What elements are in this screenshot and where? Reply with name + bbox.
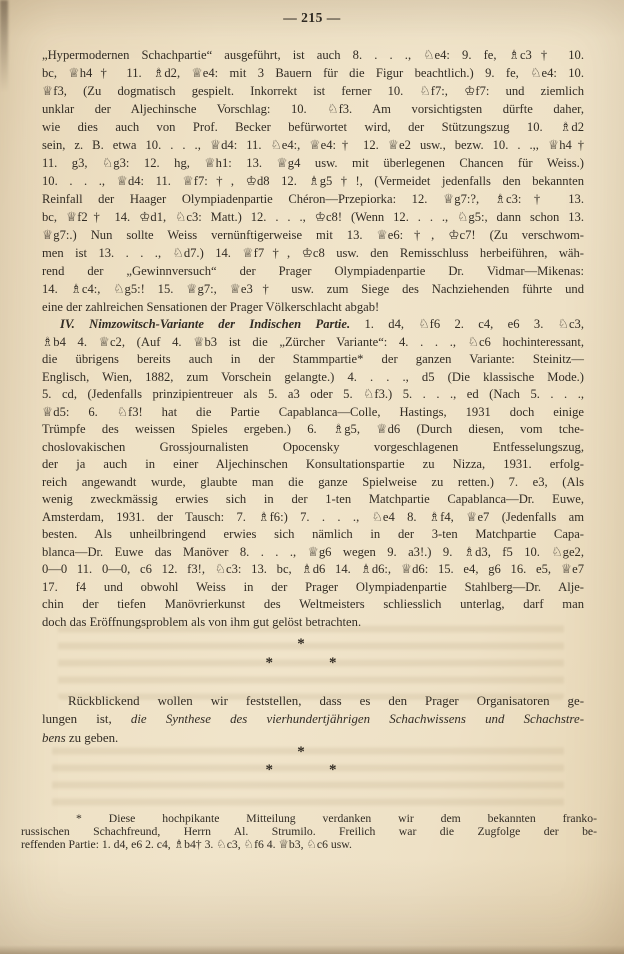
text-line: eine der zahlreichen Sensationen der Pra… <box>42 298 584 316</box>
text-line: men ist 13. . . ., ♘d7.) 14. ♕f7†, ♔c8 u… <box>42 244 584 262</box>
text-line: IV. Nimzowitsch-Variante der Indischen P… <box>42 316 584 334</box>
text-segment: ♕f3, (Zu dogmatisch gespielt. Inkorrekt … <box>42 84 584 98</box>
text-segment: * Diese hochpikante Mitteilung verdanken… <box>76 812 597 825</box>
text-segment: chin der tiefen Manövrierkunst des Weltm… <box>42 597 584 611</box>
text-line: ♕g7:.) Nun sollte Weiss vernünftigerweis… <box>42 226 584 244</box>
italic-text-segment: IV. Nimzowitsch-Variante der Indischen P… <box>60 317 350 331</box>
text-segment: wie dies auch von Prof. Becker befürwort… <box>42 120 584 134</box>
text-segment: Amsterdam, 1931. der Tausch: 7. ♗f6:) 7.… <box>42 510 584 524</box>
text-line: bc, ♕h4† 11. ♗d2, ♕e4: mit 3 Bauern für … <box>42 64 584 82</box>
text-segment: ♕g7:.) Nun sollte Weiss vernünftigerweis… <box>42 228 584 242</box>
text-line: unklar der Aljechinsche Vorschlag: 10. ♘… <box>42 100 584 118</box>
text-segment: doch das Eröffnungsproblem als von ihm g… <box>42 615 361 629</box>
text-line: Rückblickend wollen wir feststellen, das… <box>42 692 584 710</box>
text-line: wie dies auch von Prof. Becker befürwort… <box>42 118 584 136</box>
text-line: sein, z. B. etwa 10. . . ., ♕d4: 11. ♘e4… <box>42 136 584 154</box>
text-segment: Trümpfe des weissen Spieles ergeben.) 6.… <box>42 422 584 436</box>
text-line: bc, ♕f2† 14. ♔d1, ♘c3: Matt.) 12. . . .,… <box>42 208 584 226</box>
text-line: Reinfall der Haager Olympiadenpartie Ché… <box>42 190 584 208</box>
italic-text-segment: bens <box>42 731 66 745</box>
text-line: blanca—Dr. Euwe das Manöver 8. . . ., ♕g… <box>42 544 584 562</box>
text-segment: blanca—Dr. Euwe das Manöver 8. . . ., ♕g… <box>42 545 584 559</box>
text-segment: unklar der Aljechinsche Vorschlag: 10. ♘… <box>42 102 584 116</box>
paragraph-nimzowitsch-variante: IV. Nimzowitsch-Variante der Indischen P… <box>42 316 584 631</box>
text-segment: die übrigens bereits auch in der Stammpa… <box>42 352 584 366</box>
text-segment: 5. cd, (Jedenfalls prinzipientreuer als … <box>42 387 584 401</box>
text-line: 10. . . ., ♕d4: 11. ♕f7:†, ♔d8 12. ♗g5†!… <box>42 172 584 190</box>
text-segment: Englisch, Wien, 1882, zum Vorschein gela… <box>42 370 584 384</box>
italic-text-segment: die Synthese des vierhundertjährigen Sch… <box>131 712 584 726</box>
asterisk-glyph: * <box>266 762 274 779</box>
text-segment: der ja auch in einer Aljechinschen Konsu… <box>42 457 584 471</box>
page-number: — 215 — <box>0 10 624 26</box>
asterisk-glyph: * <box>297 636 305 653</box>
book-page-scan: — 215 — „Hypermodernen Schachpartie“ aus… <box>0 0 624 954</box>
asterisk-separator-single-1: * <box>30 636 572 653</box>
text-line: reffenden Partie: 1. d4, e6 2. c4, ♗b4† … <box>21 838 597 851</box>
text-segment: ♗b4 4. ♕c2, (Auf 4. ♕b3 ist die „Zürcher… <box>42 335 584 349</box>
text-line: 0—0 11. 0—0, c6 12. f3!, ♘c3: 13. bc, ♗d… <box>42 561 584 579</box>
text-segment: bc, ♕h4† 11. ♗d2, ♕e4: mit 3 Bauern für … <box>42 66 584 80</box>
footnote-strumilo: * Diese hochpikante Mitteilung verdanken… <box>21 812 597 852</box>
text-segment: bc, ♕f2† 14. ♔d1, ♘c3: Matt.) 12. . . .,… <box>42 210 584 224</box>
text-line: lungen ist, die Synthese des vierhundert… <box>42 710 584 728</box>
text-segment: 10. . . ., ♕d4: 11. ♕f7:†, ♔d8 12. ♗g5†!… <box>42 174 584 188</box>
scan-edge-shadow-bottom <box>0 945 624 954</box>
text-line: rend der „Gewinnversuch“ der Prager Olym… <box>42 262 584 280</box>
paragraph-rueckblickend: Rückblickend wollen wir feststellen, das… <box>42 692 584 747</box>
text-segment: reich angewandt wurde, glaubte man die g… <box>42 475 584 489</box>
asterisk-separator-pair-1: * * <box>30 655 572 672</box>
asterisk-glyph: * <box>329 762 337 779</box>
text-line: „Hypermodernen Schachpartie“ ausgeführt,… <box>42 46 584 64</box>
text-segment: choslovakischen Grossjournalisten Opocen… <box>42 440 584 454</box>
text-segment: lungen ist, <box>42 712 131 726</box>
text-line: chin der tiefen Manövrierkunst des Weltm… <box>42 596 584 614</box>
text-segment: 1. d4, ♘f6 2. c4, e6 3. ♘c3, <box>350 317 584 331</box>
text-segment: reffenden Partie: 1. d4, e6 2. c4, ♗b4† … <box>21 838 352 851</box>
text-line: reich angewandt wurde, glaubte man die g… <box>42 474 584 492</box>
text-segment: 14. ♗c4:, ♘g5:! 15. ♕g7:, ♕e3† usw. zum … <box>42 282 584 296</box>
text-line: Trümpfe des weissen Spieles ergeben.) 6.… <box>42 421 584 439</box>
text-segment: besten. Als unheilbringend erwies sich n… <box>42 527 584 541</box>
text-line: 5. cd, (Jedenfalls prinzipientreuer als … <box>42 386 584 404</box>
text-line: ♕f3, (Zu dogmatisch gespielt. Inkorrekt … <box>42 82 584 100</box>
asterisk-separator-single-2: * <box>30 744 572 761</box>
text-line: * Diese hochpikante Mitteilung verdanken… <box>21 812 597 825</box>
text-segment: rend der „Gewinnversuch“ der Prager Olym… <box>42 264 584 278</box>
scan-edge-shadow-top-left <box>0 0 8 92</box>
text-line: 14. ♗c4:, ♘g5:! 15. ♕g7:, ♕e3† usw. zum … <box>42 280 584 298</box>
paragraph-hypermodern-game: „Hypermodernen Schachpartie“ ausgeführt,… <box>42 46 584 316</box>
text-line: 11. g3, ♘g3: 12. hg, ♕h1: 13. ♕g4 usw. m… <box>42 154 584 172</box>
text-segment: sein, z. B. etwa 10. . . ., ♕d4: 11. ♘e4… <box>42 138 584 152</box>
asterisk-glyph: * <box>266 655 274 672</box>
text-segment: russischen Schachfreund, Herrn Al. Strum… <box>21 825 597 838</box>
asterisk-separator-pair-2: * * <box>30 762 572 779</box>
text-line: der ja auch in einer Aljechinschen Konsu… <box>42 456 584 474</box>
text-segment: ♕d5: 6. ♘f3! hat die Partie Capablanca—C… <box>42 405 584 419</box>
text-segment: Rückblickend wollen wir feststellen, das… <box>68 694 584 708</box>
text-line: Amsterdam, 1931. der Tausch: 7. ♗f6:) 7.… <box>42 509 584 527</box>
text-line: ♕d5: 6. ♘f3! hat die Partie Capablanca—C… <box>42 404 584 422</box>
text-segment: 11. g3, ♘g3: 12. hg, ♕h1: 13. ♕g4 usw. m… <box>42 156 584 170</box>
text-segment: wenig zweckmässig erwies sich in der 1-t… <box>42 492 584 506</box>
text-line: besten. Als unheilbringend erwies sich n… <box>42 526 584 544</box>
text-segment: men ist 13. . . ., ♘d7.) 14. ♕f7†, ♔c8 u… <box>42 246 584 260</box>
text-segment: 0—0 11. 0—0, c6 12. f3!, ♘c3: 13. bc, ♗d… <box>42 562 584 576</box>
text-segment: 17. f4 und obwohl Weiss in der Prager Ol… <box>42 580 584 594</box>
text-segment: eine der zahlreichen Sensationen der Pra… <box>42 300 379 314</box>
text-line: Englisch, Wien, 1882, zum Vorschein gela… <box>42 369 584 387</box>
text-segment: zu geben. <box>66 731 119 745</box>
asterisk-glyph: * <box>297 744 305 761</box>
text-line: die übrigens bereits auch in der Stammpa… <box>42 351 584 369</box>
asterisk-glyph: * <box>329 655 337 672</box>
text-line: russischen Schachfreund, Herrn Al. Strum… <box>21 825 597 838</box>
text-line: doch das Eröffnungsproblem als von ihm g… <box>42 614 584 632</box>
text-line: 17. f4 und obwohl Weiss in der Prager Ol… <box>42 579 584 597</box>
text-segment: Reinfall der Haager Olympiadenpartie Ché… <box>42 192 584 206</box>
text-line: ♗b4 4. ♕c2, (Auf 4. ♕b3 ist die „Zürcher… <box>42 334 584 352</box>
text-segment: „Hypermodernen Schachpartie“ ausgeführt,… <box>42 48 584 62</box>
text-line: wenig zweckmässig erwies sich in der 1-t… <box>42 491 584 509</box>
text-line: choslovakischen Grossjournalisten Opocen… <box>42 439 584 457</box>
